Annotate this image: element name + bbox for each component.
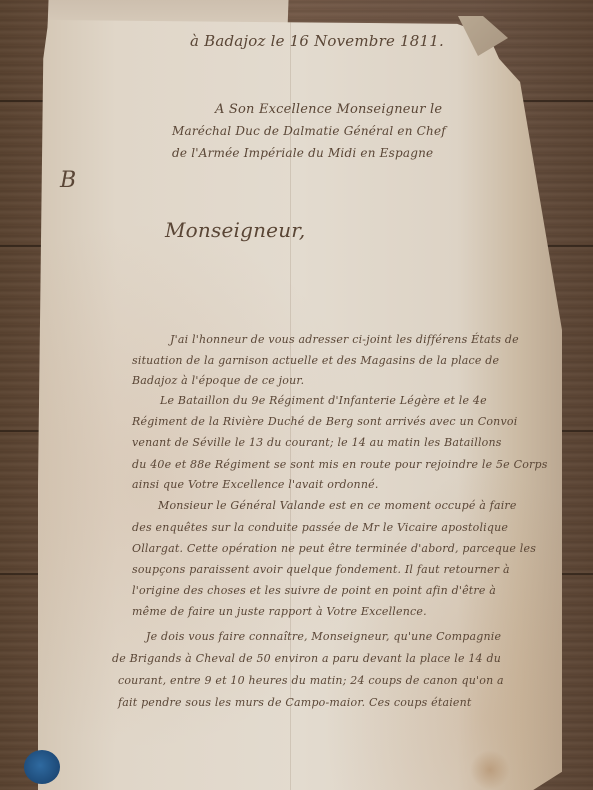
body-line: courant, entre 9 et 10 heures du matin; … [118,674,504,687]
body-line: Badajoz à l'époque de ce jour. [132,374,304,387]
body-line: venant de Séville le 13 du courant; le 1… [132,436,502,449]
body-line: ainsi que Votre Excellence l'avait ordon… [132,478,379,491]
body-line: de Brigands à Cheval de 50 environ a par… [112,652,501,665]
body-line: du 40e et 88e Régiment se sont mis en ro… [132,458,548,471]
body-line: fait pendre sous les murs de Campo-maior… [118,696,472,709]
body-line: situation de la garnison actuelle et des… [132,354,499,367]
salutation: Monseigneur, [165,218,305,242]
body-line: des enquêtes sur la conduite passée de M… [132,521,508,534]
date-line: à Badajoz le 16 Novembre 1811. [190,32,444,50]
body-line: Le Bataillon du 9e Régiment d'Infanterie… [160,394,487,407]
address-line-1: A Son Excellence Monseigneur le [215,102,442,117]
body-line: Monsieur le Général Valande est en ce mo… [158,499,517,512]
body-line: même de faire un juste rapport à Votre E… [132,605,427,618]
body-line: J'ai l'honneur de vous adresser ci-joint… [170,333,519,346]
body-line: soupçons paraissent avoir quelque fondem… [132,563,510,576]
body-line: Je dois vous faire connaître, Monseigneu… [146,630,501,643]
address-line-3: de l'Armée Impériale du Midi en Espagne [172,146,433,160]
body-line: Ollargat. Cette opération ne peut être t… [132,542,536,555]
body-line: Régiment de la Rivière Duché de Berg son… [132,415,517,428]
wax-seal [24,750,60,784]
body-line: l'origine des choses et les suivre de po… [132,584,496,597]
page-marker: B [60,168,76,193]
address-line-2: Maréchal Duc de Dalmatie Général en Chef [172,124,446,138]
paper-stain [470,750,510,790]
